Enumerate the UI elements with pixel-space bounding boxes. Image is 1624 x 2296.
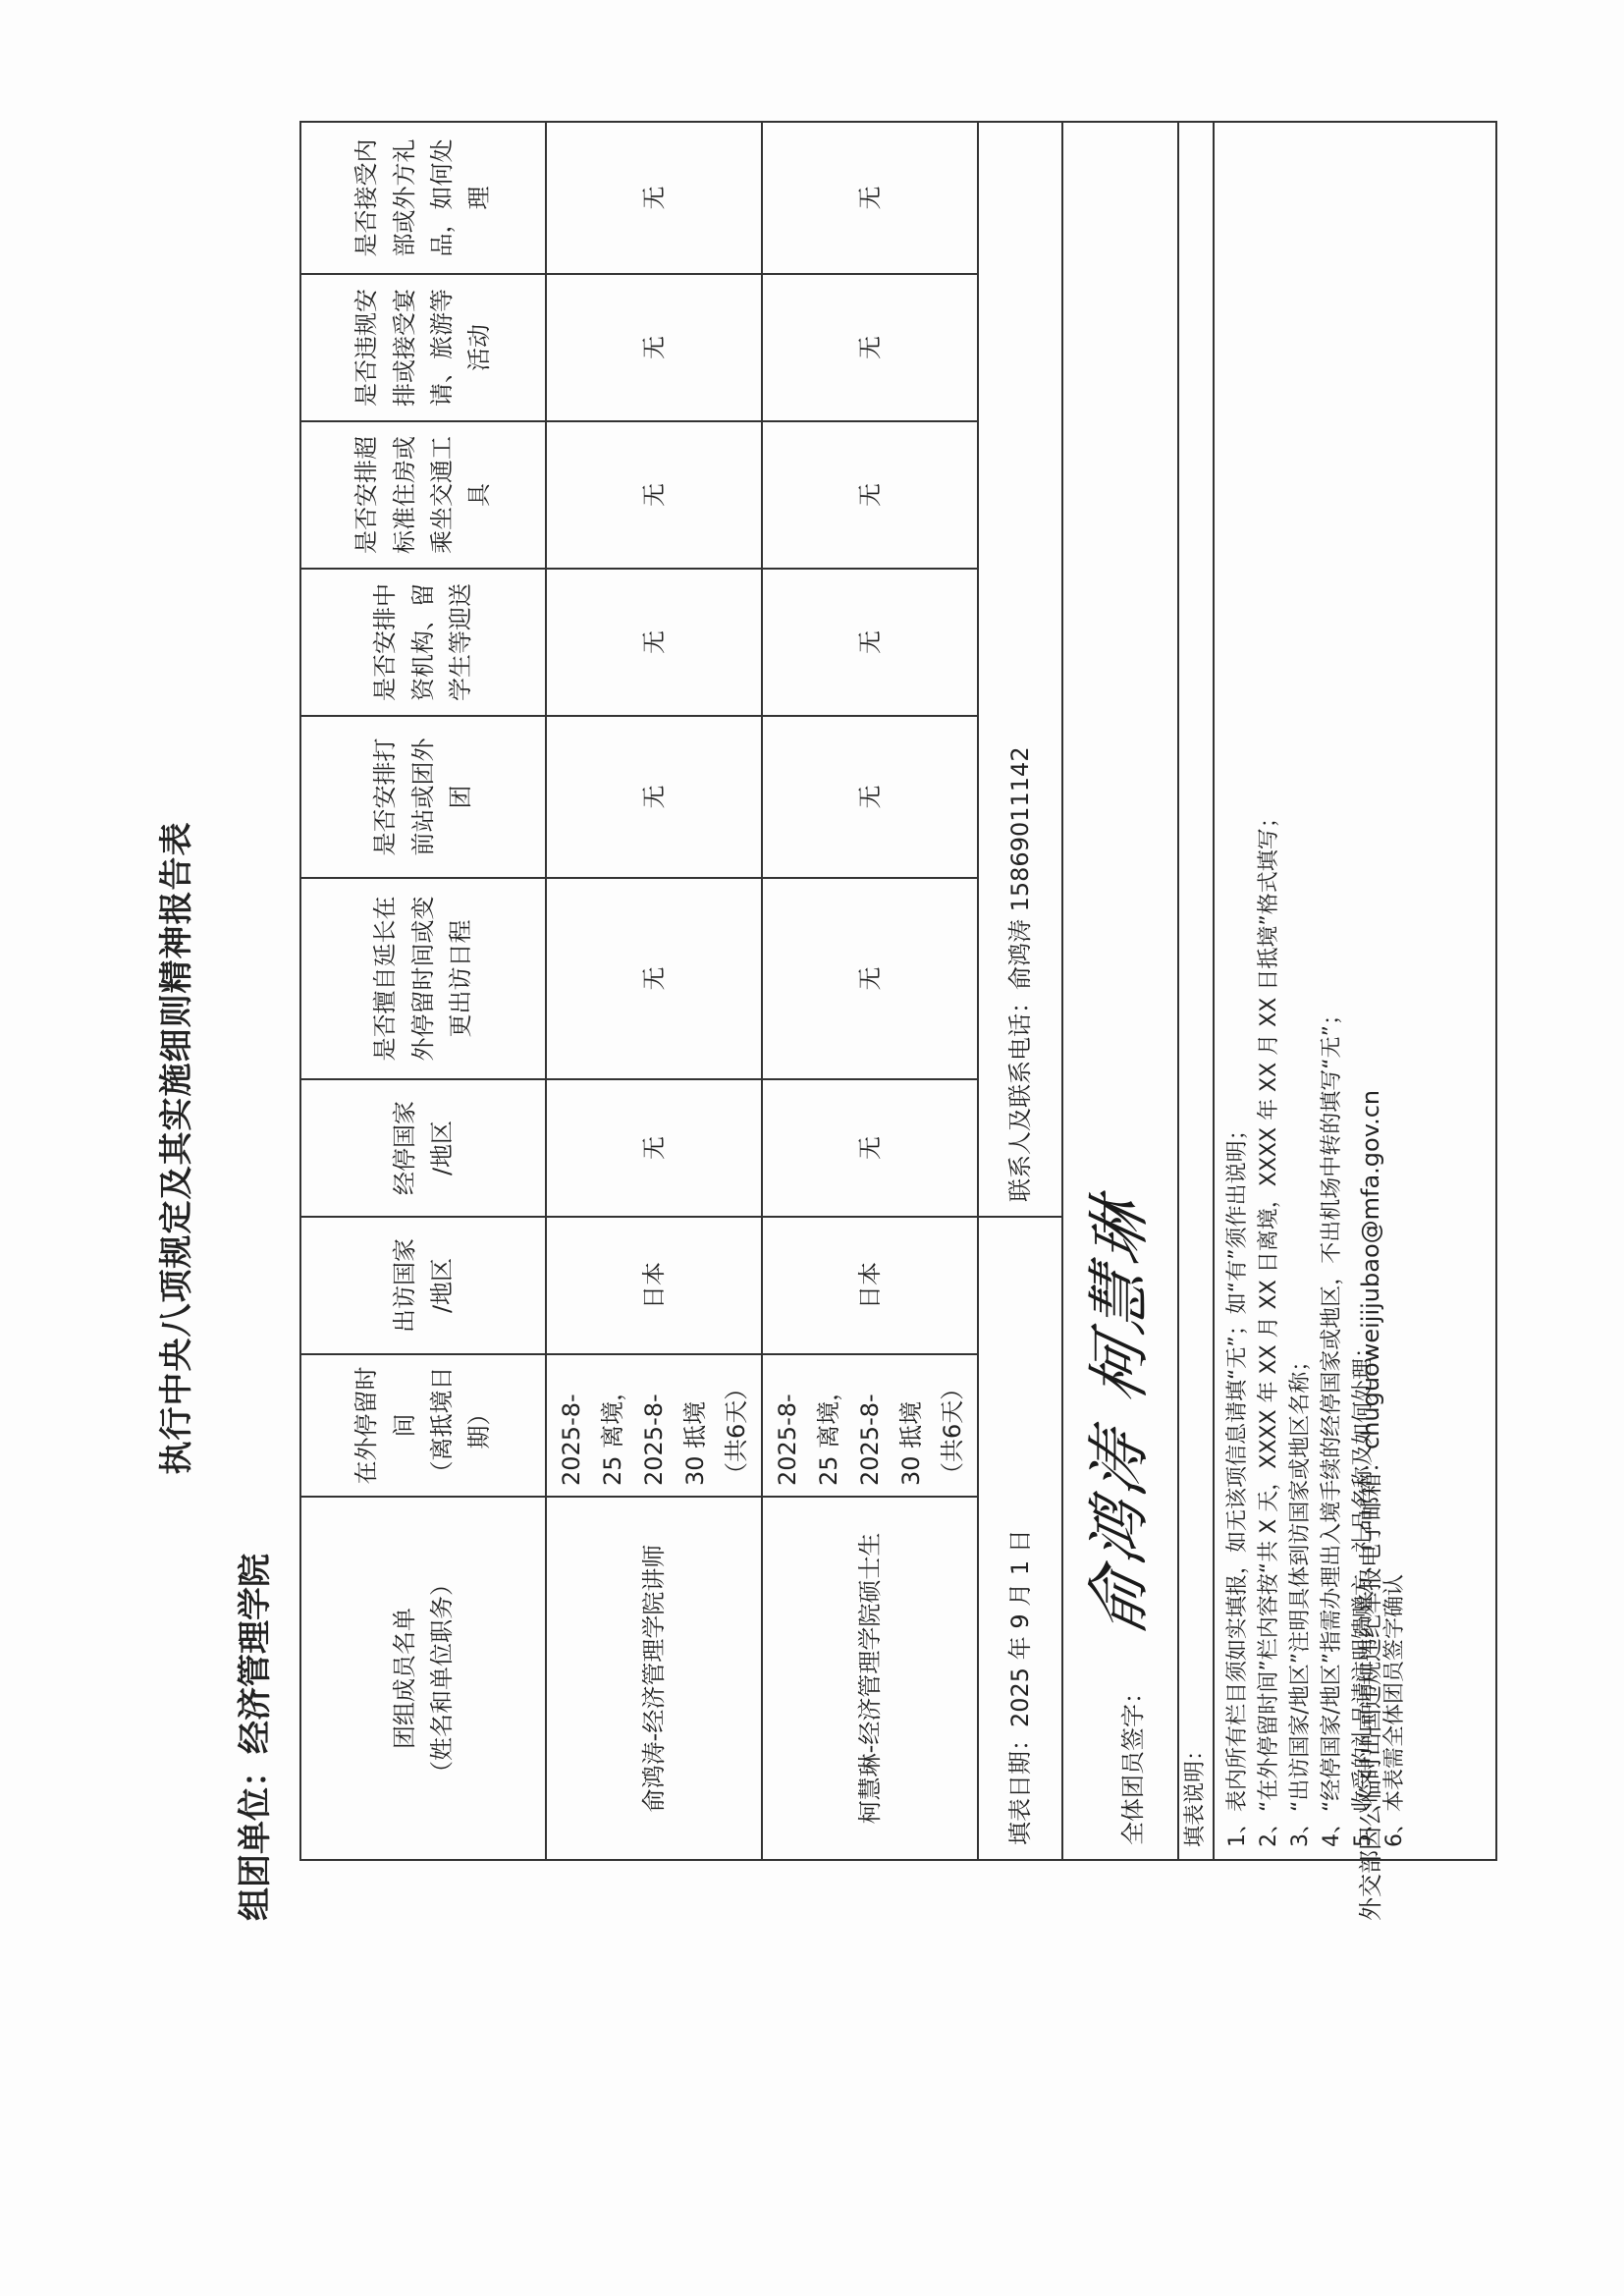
signature-row: 全体团员签字： 俞鸿涛 柯慧琳 [1062, 122, 1178, 1860]
organizing-unit: 组团单位：经济管理学院 [228, 1554, 276, 1921]
advance-team-cell: 无 [762, 716, 978, 878]
visit-country-cell: 日本 [546, 1217, 762, 1354]
contact-info: 联系人及联系电话：俞鸿涛 15869011142 [978, 122, 1062, 1217]
notes-title-row: 填表说明： [1178, 122, 1214, 1860]
reception-cell: 无 [762, 569, 978, 716]
banquet-tour-cell: 无 [546, 274, 762, 421]
over-standard-cell: 无 [546, 421, 762, 569]
extend-stay-cell: 无 [762, 878, 978, 1079]
document-title: 执行中央八项规定及其实施细则精神报告表 [149, 0, 197, 2296]
member-cell: 柯慧琳-经济管理学院硕士生 [762, 1497, 978, 1860]
transit-country-cell: 无 [762, 1079, 978, 1217]
advance-team-cell: 无 [546, 716, 762, 878]
visit-country-cell: 日本 [762, 1217, 978, 1354]
fill-date: 填表日期：2025 年 9 月 1 日 [978, 1217, 1062, 1860]
transit-country-cell: 无 [546, 1079, 762, 1217]
reception-cell: 无 [546, 569, 762, 716]
header-row: 团组成员名单 （姓名和单位职务） 在外停留时间 （离抵境日期） 出访国家 /地区… [300, 122, 546, 1860]
note-item: 2、“在外停留时间”栏内容按“共 X 天，XXXX 年 XX 月 XX 日离境，… [1254, 135, 1285, 1847]
note-item: 1、表内所有栏目须如实填报，如无该项信息请填“无”；如“有”须作出说明； [1222, 135, 1254, 1847]
header-over-standard: 是否安排超标准住房或乘坐交通工具 [300, 421, 546, 569]
signature-cell: 全体团员签字： 俞鸿涛 柯慧琳 [1062, 122, 1178, 1860]
notes-title: 填表说明： [1178, 122, 1214, 1860]
gifts-cell: 无 [546, 122, 762, 274]
header-visit-country: 出访国家 /地区 [300, 1217, 546, 1354]
table-row: 俞鸿涛-经济管理学院讲师 2025-8-25 离境，2025-8-30 抵境（共… [546, 122, 762, 1860]
date-contact-row: 填表日期：2025 年 9 月 1 日 联系人及联系电话：俞鸿涛 1586901… [978, 122, 1062, 1860]
note-item: 4、“经停国家/地区”指需办理出入境手续的经停国家或地区，不出机场中转的填写“无… [1317, 135, 1348, 1847]
organizing-unit-value: 经济管理学院 [236, 1554, 275, 1754]
report-email-footer: 外交部因公临时出国违规违纪举报电子邮箱：chuguoweijijubao@mfa… [1351, 1090, 1385, 1921]
header-banquet-tour: 是否违规安排或接受宴请、旅游等活动 [300, 274, 546, 421]
header-extend-stay: 是否擅自延长在外停留时间或变更出访日程 [300, 878, 546, 1079]
header-gifts: 是否接受内部或外方礼品，如何处理 [300, 122, 546, 274]
report-page: 执行中央八项规定及其实施细则精神报告表 组团单位：经济管理学院 团组成员名单 （… [0, 0, 1624, 2296]
header-transit-country: 经停国家 /地区 [300, 1079, 546, 1217]
report-table: 团组成员名单 （姓名和单位职务） 在外停留时间 （离抵境日期） 出访国家 /地区… [299, 121, 1497, 1861]
banquet-tour-cell: 无 [762, 274, 978, 421]
organizing-unit-label: 组团单位： [236, 1754, 275, 1921]
signature-label: 全体团员签字： [1119, 1680, 1147, 1845]
stay-cell: 2025-8-25 离境，2025-8-30 抵境（共6天） [546, 1354, 762, 1497]
table-row: 柯慧琳-经济管理学院硕士生 2025-8-25 离境，2025-8-30 抵境（… [762, 122, 978, 1860]
header-members: 团组成员名单 （姓名和单位职务） [300, 1497, 546, 1860]
header-stay: 在外停留时间 （离抵境日期） [300, 1354, 546, 1497]
note-item: 3、“出访国家/地区”注明具体到访国家或地区名称； [1285, 135, 1317, 1847]
over-standard-cell: 无 [762, 421, 978, 569]
member-cell: 俞鸿涛-经济管理学院讲师 [546, 1497, 762, 1860]
header-reception: 是否安排中资机构、留学生等迎送 [300, 569, 546, 716]
extend-stay-cell: 无 [546, 878, 762, 1079]
header-advance-team: 是否安排打前站或团外团 [300, 716, 546, 878]
gifts-cell: 无 [762, 122, 978, 274]
handwritten-signatures: 俞鸿涛 柯慧琳 [1070, 1184, 1170, 1644]
stay-cell: 2025-8-25 离境，2025-8-30 抵境（共6天） [762, 1354, 978, 1497]
